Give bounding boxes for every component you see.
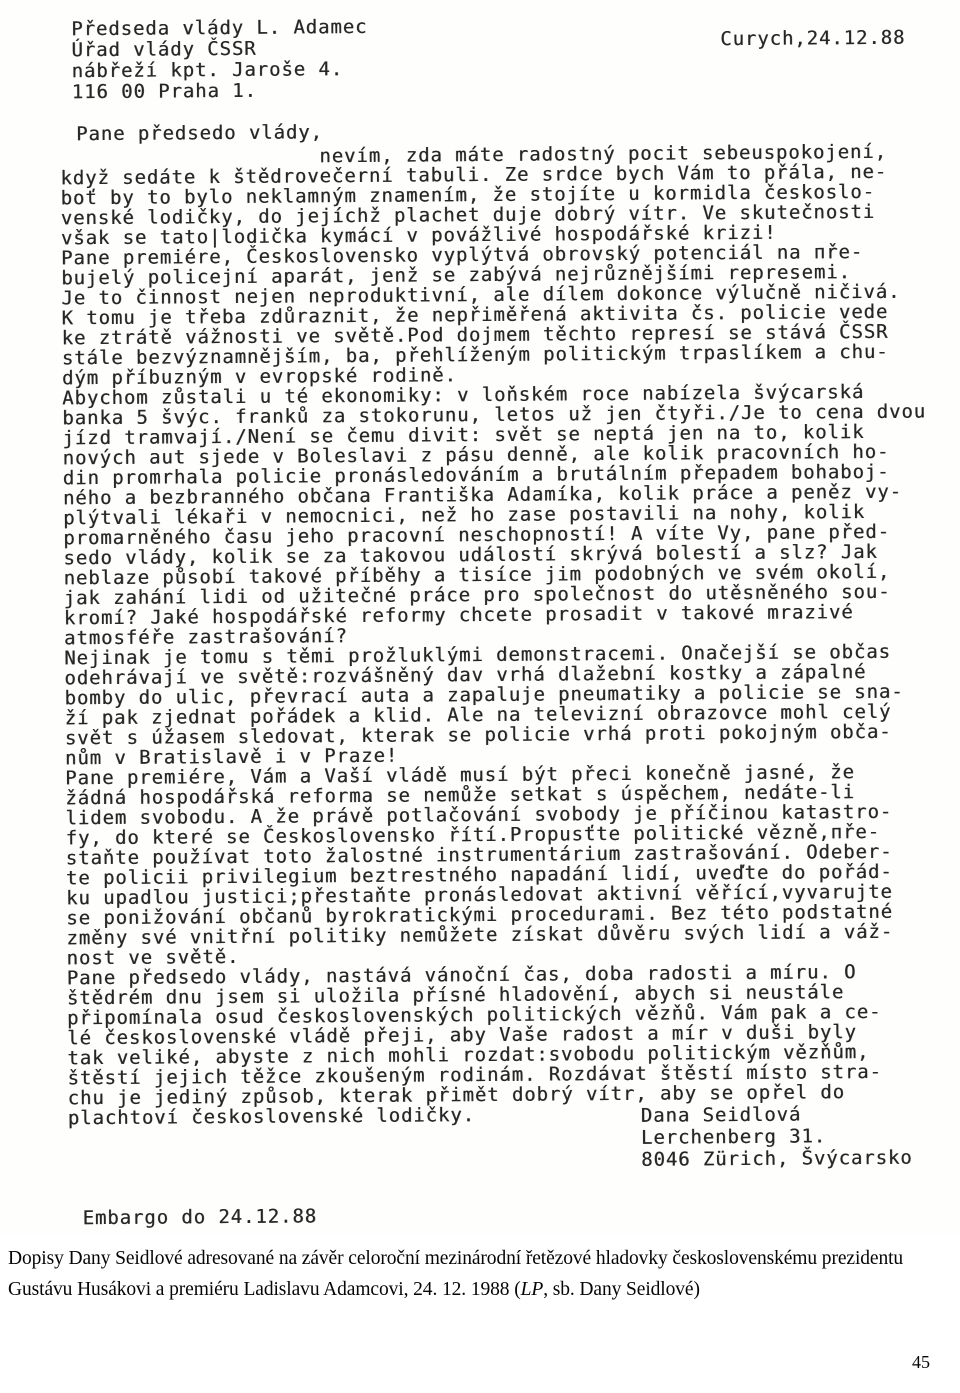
recipient-address-line: 116 00 Praha 1. <box>72 80 368 103</box>
dateline: Curych,24.12.88 <box>720 27 905 50</box>
caption-line-2-tail: , sb. Dany Seidlové) <box>543 1279 700 1300</box>
recipient-address-line: Předseda vlády L. Adamec <box>71 17 367 40</box>
caption-line-2-text: Gustávu Husákovi a premiéru Ladislavu Ad… <box>8 1279 521 1300</box>
caption-source-abbrev: LP <box>521 1279 544 1300</box>
recipient-address-block: Předseda vlády L. AdamecÚřad vlády ČSSRn… <box>71 17 368 103</box>
signature-line: Dana Seidlová <box>641 1103 913 1127</box>
signature-line: Lerchenberg 31. <box>641 1125 913 1149</box>
salutation: Pane předsedo vlády, <box>76 121 323 145</box>
photo-caption: Dopisy Dany Seidlové adresované na závěr… <box>8 1243 956 1305</box>
caption-line-2: Gustávu Husákovi a premiéru Ladislavu Ad… <box>8 1274 956 1305</box>
signature-line: 8046 Zürich, Švýcarsko <box>641 1147 913 1171</box>
caption-line-1: Dopisy Dany Seidlové adresované na závěr… <box>8 1243 956 1274</box>
letter-scan: Předseda vlády L. AdamecÚřad vlády ČSSRn… <box>0 0 960 1235</box>
typewritten-letter: Předseda vlády L. AdamecÚřad vlády ČSSRn… <box>57 13 918 1232</box>
recipient-address-line: nábřeží kpt. Jaroše 4. <box>72 59 368 82</box>
signature-block: Dana SeidlováLerchenberg 31.8046 Zürich,… <box>641 1103 913 1171</box>
letter-body: nevím, zda máte radostný pocit sebeuspok… <box>60 142 931 1129</box>
page-number: 45 <box>912 1352 930 1373</box>
embargo-note: Embargo do 24.12.88 <box>83 1205 318 1229</box>
scanned-document-page: { "letter": { "recipient_lines": [ "Před… <box>0 0 960 1393</box>
